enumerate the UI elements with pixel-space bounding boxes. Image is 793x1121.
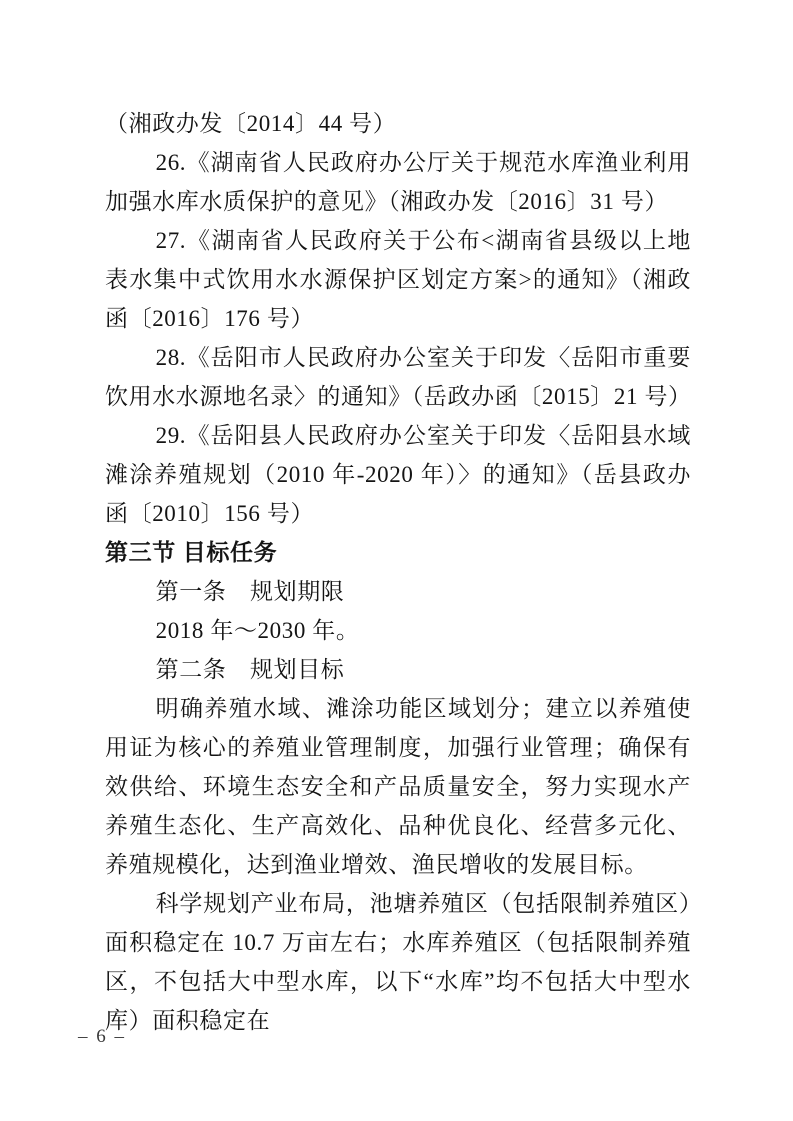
list-item-27: 27.《湖南省人民政府关于公布<湖南省县级以上地表水集中式饮用水水源保护区划定方… <box>105 221 691 338</box>
section-heading: 第三节 目标任务 <box>105 533 691 572</box>
list-item-29: 29.《岳阳县人民政府办公室关于印发〈岳阳县水域滩涂养殖规划（2010 年-20… <box>105 416 691 533</box>
document-body: （湘政办发〔2014〕44 号） 26.《湖南省人民政府办公厅关于规范水库渔业利… <box>105 104 691 1040</box>
planning-goal-paragraph: 明确养殖水域、滩涂功能区域划分；建立以养殖使用证为核心的养殖业管理制度，加强行业… <box>105 689 691 884</box>
paragraph-ref-continuation: （湘政办发〔2014〕44 号） <box>105 104 691 143</box>
list-item-26: 26.《湖南省人民政府办公厅关于规范水库渔业利用加强水库水质保护的意见》（湘政办… <box>105 143 691 221</box>
industry-layout-paragraph: 科学规划产业布局，池塘养殖区（包括限制养殖区）面积稳定在 10.7 万亩左右；水… <box>105 884 691 1040</box>
page-number: – 6 – <box>78 1026 126 1048</box>
planning-period-value: 2018 年～2030 年。 <box>105 611 691 650</box>
list-item-28: 28.《岳阳市人民政府办公室关于印发〈岳阳市重要饮用水水源地名录〉的通知》（岳政… <box>105 338 691 416</box>
article-1-planning-period-heading: 第一条 规划期限 <box>105 572 691 611</box>
document-page: （湘政办发〔2014〕44 号） 26.《湖南省人民政府办公厅关于规范水库渔业利… <box>0 0 793 1121</box>
article-2-planning-goal-heading: 第二条 规划目标 <box>105 650 691 689</box>
